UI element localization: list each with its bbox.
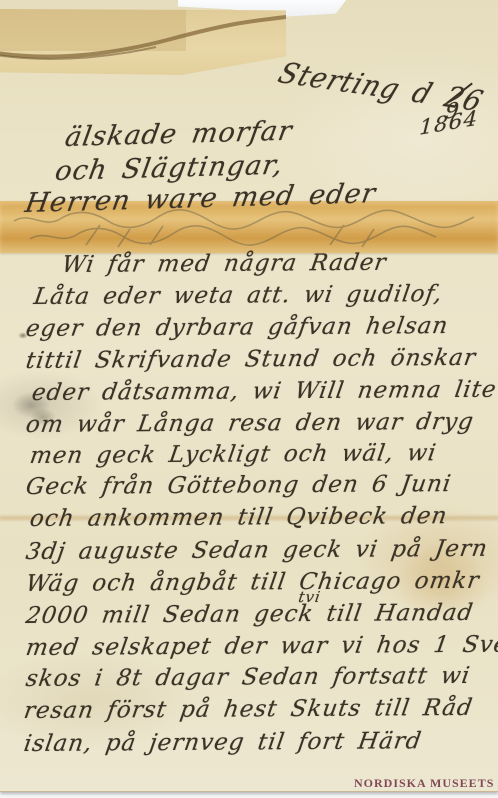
letter-line: och ankommen till Qvibeck den: [28, 503, 449, 532]
letter-line: resan först på hest Skuts till Råd: [22, 695, 475, 724]
salutation-line: älskade morfar: [63, 116, 295, 153]
letter-paper: Sterting d 26 9 1864 älskade morfar och …: [0, 0, 498, 792]
tape-patch-top-left: [0, 9, 286, 75]
letter-line: islan, på jernveg til fort Härd: [22, 728, 424, 757]
letter-line: tittil Skrifvande Stund och önskar: [24, 345, 478, 374]
letter-line: skos i 8t dagar Sedan fortsatt wi: [24, 663, 472, 692]
letter-line: Låta eder weta att. wi gudilof,: [32, 281, 444, 310]
letter-line: men geck Lyckligt och wäl, wi: [28, 440, 438, 469]
letter-line: Wi får med några Rader: [60, 250, 388, 278]
interlinear-insertion: tvi: [297, 588, 322, 606]
letter-line: med selskapet der war vi hos 1 Sven: [24, 632, 498, 661]
crease-mark: [0, 9, 286, 75]
letter-line: eder dåtsamma, wi Will nemna lite: [30, 377, 498, 406]
letter-line: om wår Långa resa den war dryg: [24, 409, 476, 438]
letter-line: 2000 mill Sedan geck till Handad: [24, 600, 475, 629]
archive-stamp: NORDISKA MUSEETS ARKIV: [354, 776, 498, 791]
letter-line: Wäg och ångbåt till Chicago omkr: [24, 568, 481, 597]
letter-line: 3dj auguste Sedan geck vi på Jern: [24, 536, 490, 565]
letter-line: eger den dyrbara gåfvan helsan: [24, 313, 450, 342]
scan-background: { "letter": { "dateline": { "place_day":…: [0, 0, 498, 798]
letter-line: Geck från Göttebong den 6 Juni: [24, 471, 453, 500]
